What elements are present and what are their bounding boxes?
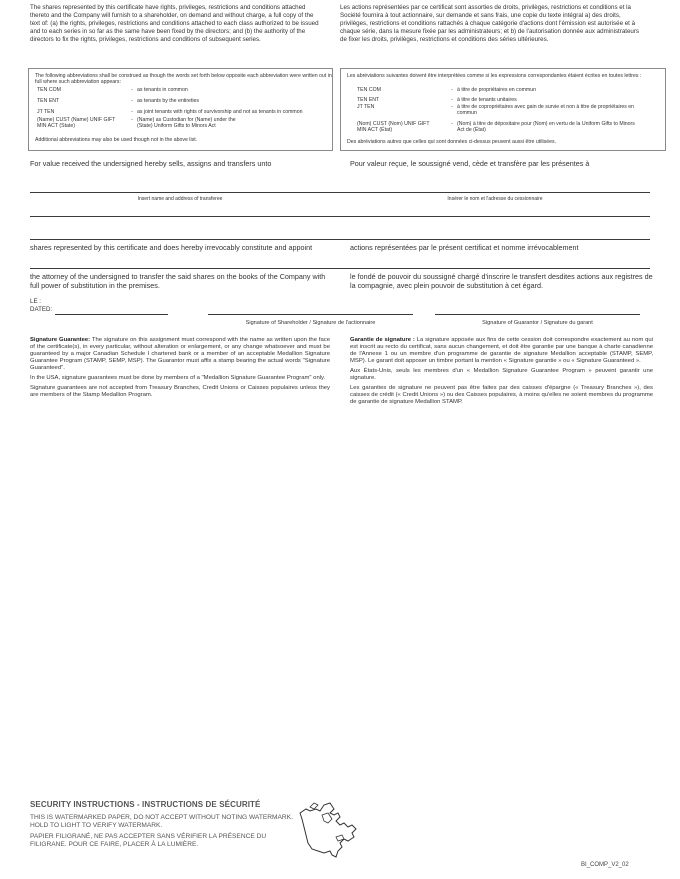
abbr-dash: - xyxy=(451,97,453,103)
transferee-address-line[interactable] xyxy=(30,216,650,217)
dated-label: DATED: xyxy=(30,306,52,314)
abbr-value: (Name) as Custodian for (Name) under the… xyxy=(137,117,247,129)
guarantee-p3: Signature guarantees are not accepted fr… xyxy=(30,385,330,399)
abbr-key: JT TEN xyxy=(37,109,125,115)
abbr-value: as joint tenants with rights of survivor… xyxy=(137,109,337,115)
guarantor-signature-label: Signature of Guarantor / Signature du ga… xyxy=(435,320,640,326)
abbr-value: as tenants in common xyxy=(137,87,347,93)
value-received-english: For value received the undersigned hereb… xyxy=(30,160,330,169)
guarantee-p2: Aux États-Unis, seuls les membres d'un «… xyxy=(350,368,653,382)
guarantee-title: Garantie de signature : xyxy=(350,337,415,343)
transferee-label-french: Insérer le nom et l'adresse du cessionna… xyxy=(340,196,650,202)
attorney-english: the attorney of the undersigned to trans… xyxy=(30,273,330,290)
guarantee-title: Signature Guarantee: xyxy=(30,337,90,343)
header-french: Les actions représentées par ce certific… xyxy=(340,4,640,44)
guarantee-p2: In the USA, signature guarantees must be… xyxy=(30,375,330,382)
abbr-key: (Name) CUST (Name) UNIF GIFT MIN ACT (St… xyxy=(37,117,119,129)
abbr-key: TEN COM xyxy=(357,87,445,93)
le-label: LE : xyxy=(30,298,52,306)
abbr-value: (Nom) à titre de dépositaire pour (Nom) … xyxy=(457,121,642,133)
form-code: BI_COMP_V2_02 xyxy=(581,862,629,868)
dated-label-block: LE : DATED: xyxy=(30,298,52,314)
abbreviations-intro: Les abréviations suivantes doivent être … xyxy=(347,73,647,79)
abbr-key: JT TEN xyxy=(357,104,445,110)
abbr-value: à titre de tenants unitaires xyxy=(457,97,642,103)
abbr-dash: - xyxy=(451,87,453,93)
signature-guarantee-french: Garantie de signature : La signature app… xyxy=(350,337,653,409)
transferee-label-english: Insert name and address of transferee xyxy=(30,196,330,202)
shareholder-signature-label: Signature of Shareholder / Signature de … xyxy=(208,320,413,326)
value-received-french: Pour valeur reçue, le soussigné vend, cè… xyxy=(350,160,660,169)
abbreviations-intro: The following abbreviations shall be con… xyxy=(35,73,335,86)
abbr-value: à titre de copropriétaires avec gain de … xyxy=(457,104,642,116)
attorney-line[interactable] xyxy=(30,268,650,269)
abbr-dash: - xyxy=(451,121,453,127)
abbr-key: (Nom) CUST (Nom) UNIF GIFT MIN ACT (État… xyxy=(357,121,439,133)
abbr-dash: - xyxy=(131,98,133,104)
abbreviations-footer: Des abréviations autres que celles qui s… xyxy=(347,139,556,145)
abbr-key: TEN ENT xyxy=(37,98,125,104)
transferee-line[interactable] xyxy=(30,192,650,193)
security-french: PAPIER FILIGRANÉ, NE PAS ACCEPTER SANS V… xyxy=(30,833,300,849)
signature-guarantee-english: Signature Guarantee: The signature on th… xyxy=(30,337,330,402)
attorney-french: le fondé de pouvoir du soussigné chargé … xyxy=(350,273,660,290)
abbreviations-box-english: The following abbreviations shall be con… xyxy=(28,68,333,151)
shareholder-signature-line[interactable] xyxy=(208,314,413,315)
abbr-key: TEN COM xyxy=(37,87,125,93)
abbr-value: à titre de propriétaires en commun xyxy=(457,87,642,93)
abbreviations-box-french: Les abréviations suivantes doivent être … xyxy=(340,68,666,151)
shares-french: actions représentées par le présent cert… xyxy=(350,244,660,253)
header-english: The shares represented by this certifica… xyxy=(30,4,322,44)
guarantee-p3: Les garanties de signature ne peuvent pa… xyxy=(350,385,653,406)
abbreviations-footer: Additional abbreviations may also be use… xyxy=(35,137,197,143)
north-america-map-icon xyxy=(296,801,368,861)
date-line[interactable] xyxy=(55,314,168,315)
guarantor-signature-line[interactable] xyxy=(435,314,640,315)
abbr-dash: - xyxy=(131,117,133,123)
shares-line[interactable] xyxy=(30,239,650,240)
security-title: SECURITY INSTRUCTIONS - INSTRUCTIONS DE … xyxy=(30,800,300,809)
abbr-dash: - xyxy=(131,87,133,93)
abbr-key: TEN ENT xyxy=(357,97,445,103)
abbr-value: as tenants by the entireties xyxy=(137,98,347,104)
security-english: THIS IS WATERMARKED PAPER, DO NOT ACCEPT… xyxy=(30,814,300,830)
security-instructions: SECURITY INSTRUCTIONS - INSTRUCTIONS DE … xyxy=(30,800,300,849)
abbr-dash: - xyxy=(451,104,453,110)
abbr-dash: - xyxy=(131,109,133,115)
shares-english: shares represented by this certificate a… xyxy=(30,244,345,253)
